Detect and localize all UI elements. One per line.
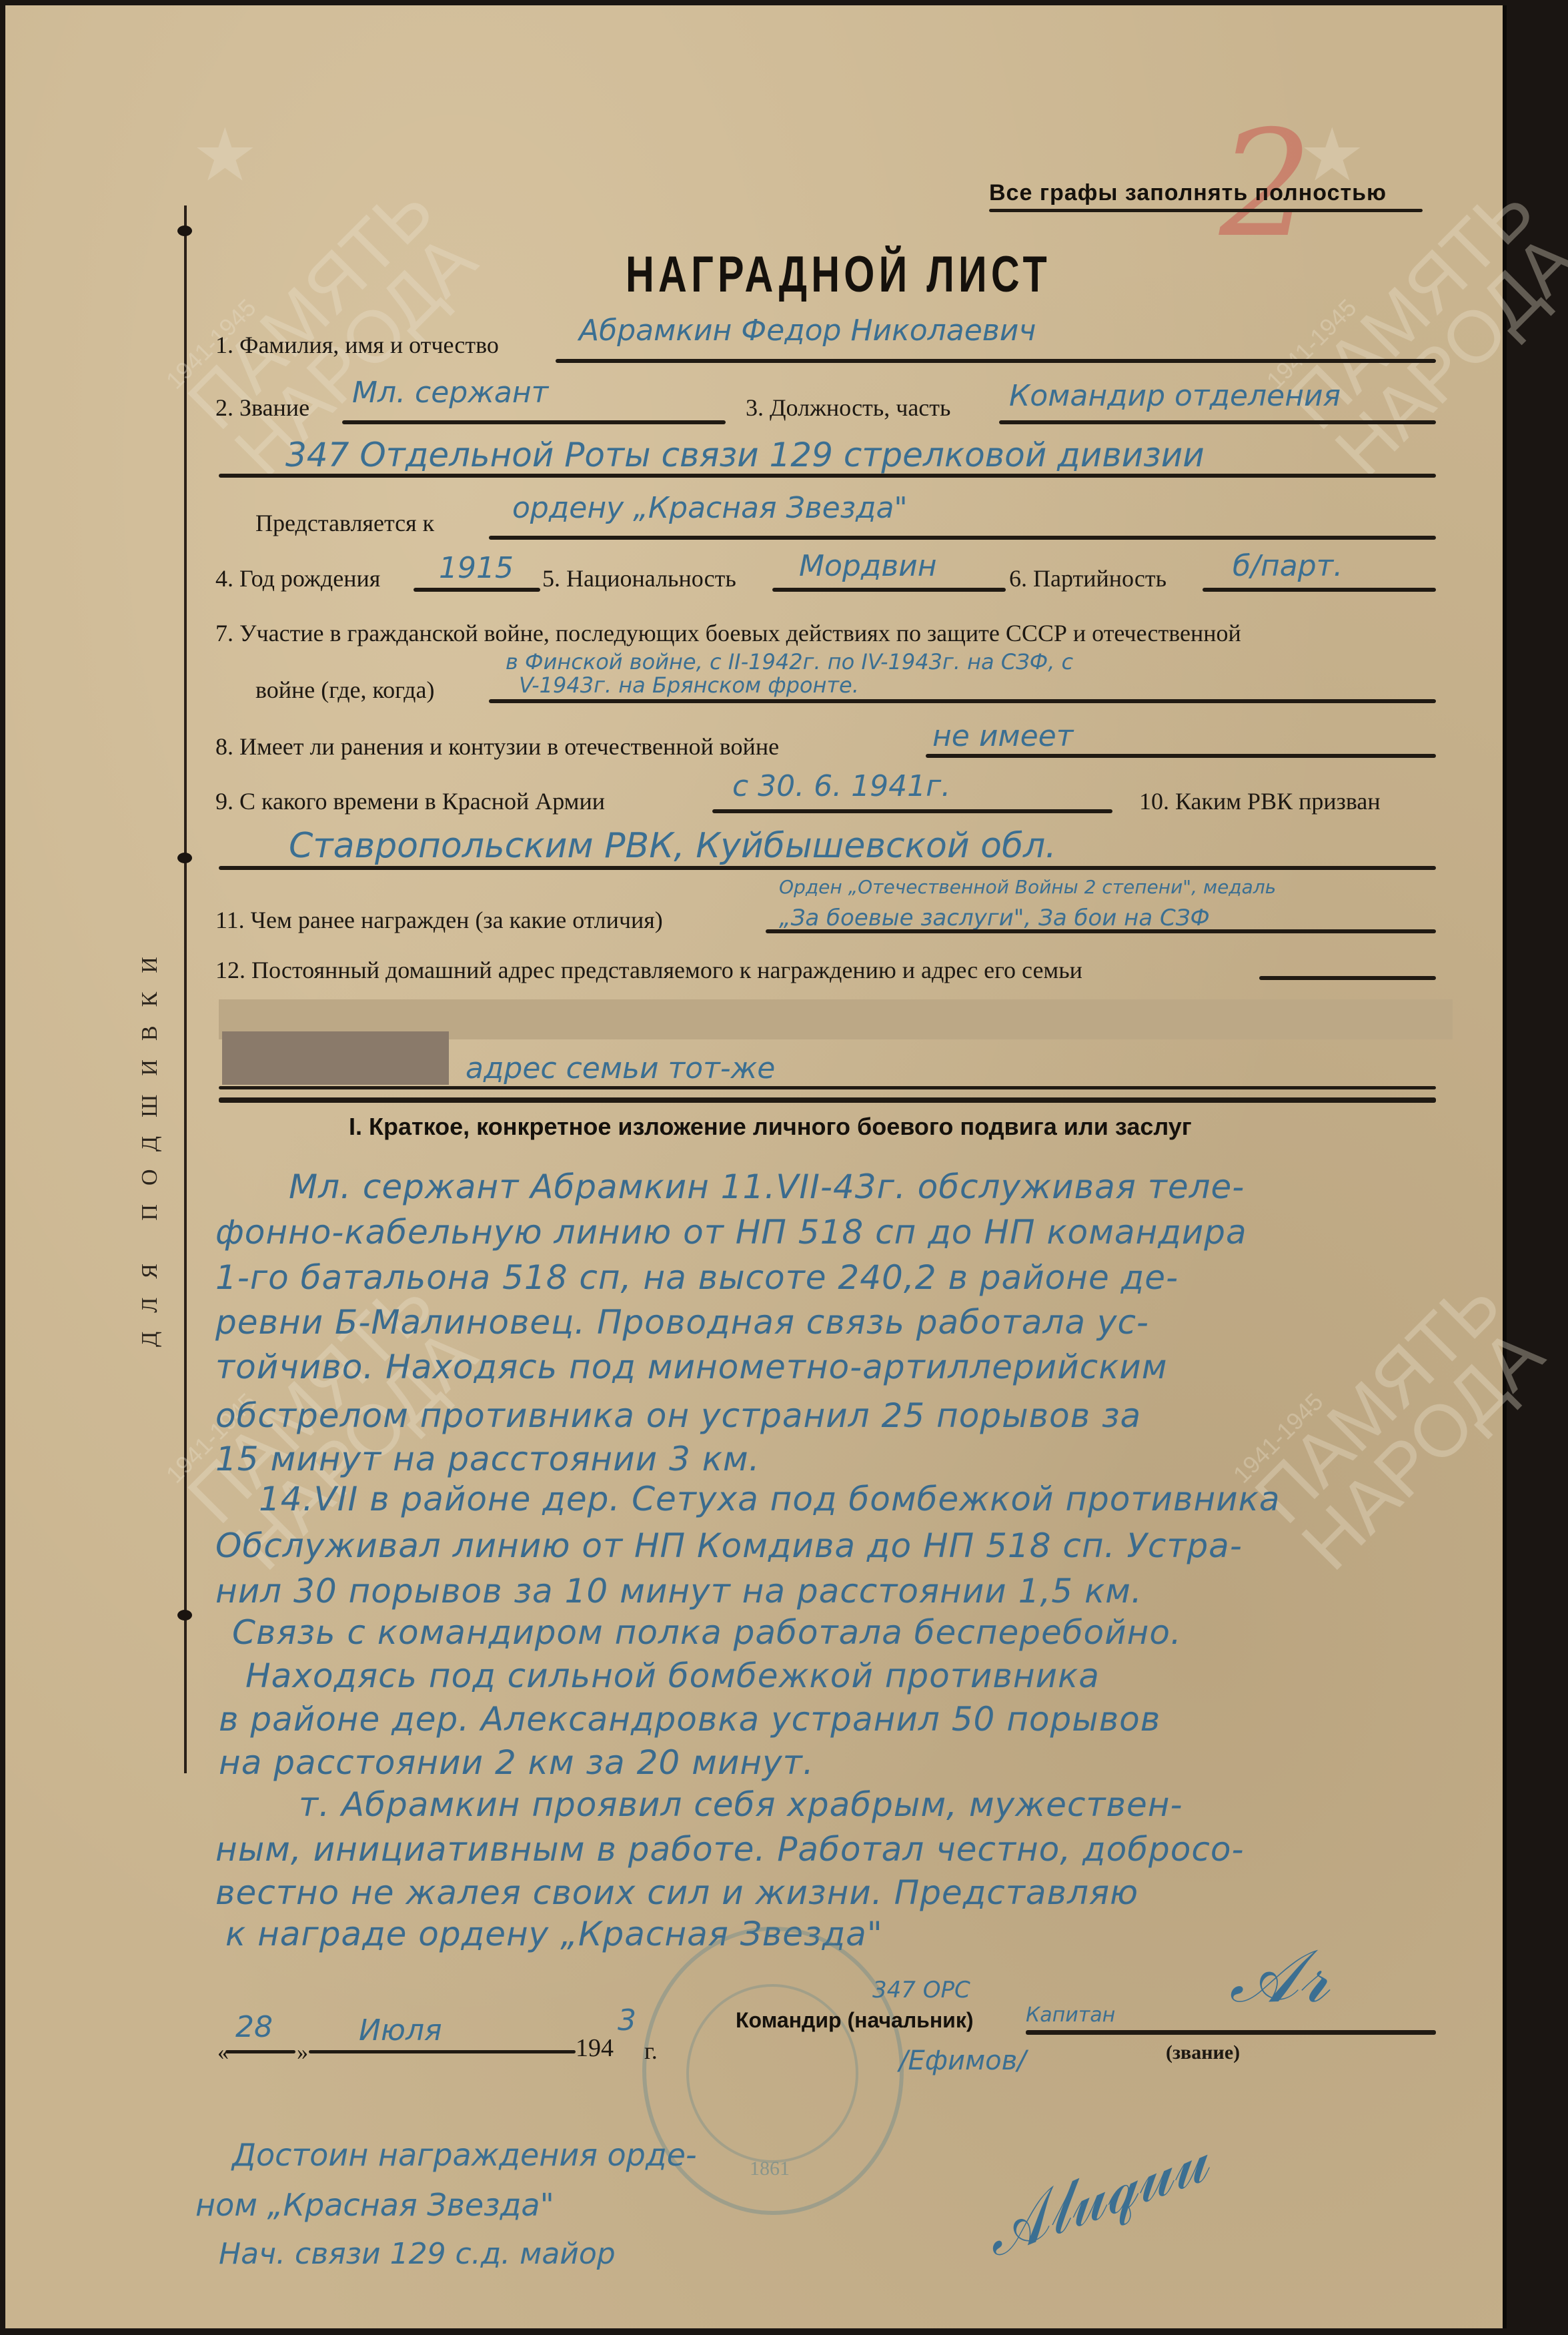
underline — [999, 420, 1436, 424]
watermark-star-icon: ★ — [192, 112, 258, 198]
date-year-prefix: 194 — [576, 2033, 614, 2063]
field-name-value: Абрамкин Федор Николаевич — [579, 314, 1036, 348]
binding-margin-line — [184, 205, 187, 1773]
narrative-line: вестно не жалея своих сил и жизни. Предс… — [215, 1873, 1138, 1912]
narrative-line: т. Абрамкин проявил себя храбрым, мужест… — [299, 1785, 1183, 1824]
field-rvk-label: 10. Каким РВК призван — [1139, 787, 1381, 815]
underline — [219, 1086, 1436, 1089]
underline — [489, 699, 1436, 703]
date-quote-close: » — [297, 2040, 308, 2065]
fill-all-notice: Все графы заполнять полностью — [989, 180, 1387, 206]
field-wounds-value: не имеет — [932, 719, 1073, 753]
field-service-since-label: 9. С какого времени в Красной Армии — [215, 787, 605, 815]
date-year-g: г. — [644, 2037, 658, 2065]
narrative-line: нил 30 порывов за 10 минут на расстоянии… — [215, 1572, 1142, 1610]
underline — [926, 754, 1436, 758]
field-unit-value: 347 Отдельной Роты связи 129 стрелковой … — [285, 436, 1205, 474]
underline — [489, 536, 1436, 540]
narrative-line: на расстоянии 2 км за 20 минут. — [219, 1743, 814, 1782]
field-party-label: 6. Партийность — [1009, 564, 1166, 592]
divider — [989, 209, 1423, 212]
watermark: 1941-1945ПАМЯТЬНАРОДА — [1230, 1253, 1557, 1580]
divider — [219, 1097, 1436, 1103]
field-birth-year-value: 1915 — [439, 551, 514, 585]
date-day: 28 — [235, 2010, 273, 2044]
section-heading: I. Краткое, конкретное изложение личного… — [349, 1113, 1192, 1141]
underline — [219, 474, 1436, 478]
field-combat-value-2: V-1943г. на Брянском фронте. — [519, 672, 859, 698]
page-title: НАГРАДНОЙ ЛИСТ — [626, 246, 1051, 304]
unit-abbrev: 347 ОРС — [872, 1977, 970, 2003]
underline — [772, 588, 1006, 592]
punch-hole — [177, 1610, 192, 1620]
punch-hole — [177, 853, 192, 863]
narrative-line: 1-го батальона 518 сп, на высоте 240,2 в… — [215, 1258, 1179, 1297]
narrative-line: тойчиво. Находясь под минометно-артиллер… — [215, 1348, 1168, 1386]
field-combat-value: в Финской войне, с II-1942г. по IV-1943г… — [506, 649, 1073, 674]
underline — [766, 929, 1436, 933]
field-combat-label: 7. Участие в гражданской войне, последую… — [215, 619, 1241, 647]
narrative-line: Обслуживал линию от НП Комдива до НП 518… — [215, 1526, 1243, 1565]
field-wounds-label: 8. Имеет ли ранения и контузии в отечест… — [215, 733, 779, 761]
field-position-value: Командир отделения — [1009, 379, 1341, 413]
underline — [712, 809, 1112, 813]
field-rank-label: 2. Звание — [215, 394, 309, 422]
commander-label: Командир (начальник) — [736, 2008, 973, 2033]
underline — [1026, 2030, 1436, 2035]
commander-rank-value: Капитан — [1026, 2003, 1115, 2027]
narrative-line: ревни Б-Малиновец. Проводная связь работ… — [215, 1303, 1149, 1342]
field-party-value: б/парт. — [1233, 549, 1343, 583]
resolution-signature: 𝒜𝓁𝓊𝓆𝓊𝓊 — [972, 2120, 1217, 2273]
underline — [556, 359, 1436, 363]
field-nationality-label: 5. Национальность — [542, 564, 736, 592]
underline — [225, 2050, 295, 2053]
field-combat-label-2: войне (где, когда) — [255, 676, 434, 704]
commander-name: /Ефимов/ — [899, 2045, 1026, 2076]
underline — [1203, 588, 1436, 592]
resolution-line: ном „Красная Звезда" — [195, 2187, 554, 2223]
narrative-line: 14.VII в районе дер. Сетуха под бомбежко… — [259, 1480, 1281, 1518]
field-name-label: 1. Фамилия, имя и отчество — [215, 331, 499, 359]
underline — [309, 2050, 576, 2053]
punch-hole — [177, 225, 192, 236]
field-service-since-value: с 30. 6. 1941г. — [732, 769, 950, 803]
date-month: Июля — [359, 2013, 442, 2047]
narrative-line: 15 минут на расстоянии 3 км. — [215, 1440, 760, 1478]
presented-for-label: Представляется к — [255, 509, 434, 537]
underline — [1259, 976, 1436, 980]
narrative-line: ным, инициативным в работе. Работал чест… — [215, 1830, 1245, 1869]
award-sheet-page: ДЛЯ ПОДШИВКИ ★ 1941-1945ПАМЯТЬНАРОДА ★ 1… — [5, 5, 1507, 2328]
narrative-line: в районе дер. Александровка устранил 50 … — [219, 1700, 1160, 1739]
resolution-line: Нач. связи 129 с.д. майор — [219, 2237, 616, 2271]
rank-caption: (звание) — [1166, 2041, 1240, 2064]
field-prev-awards-value: Орден „Отечественной Войны 2 степени", м… — [779, 876, 1276, 898]
commander-signature: 𝒜𝓇 — [1229, 1933, 1329, 2020]
narrative-line: Связь с командиром полка работала беспер… — [232, 1613, 1182, 1652]
narrative-line: обстрелом противника он устранил 25 поры… — [215, 1396, 1141, 1435]
field-position-label: 3. Должность, часть — [746, 394, 950, 422]
redacted-address — [222, 1031, 449, 1085]
underline — [342, 420, 726, 424]
field-nationality-value: Мордвин — [799, 549, 937, 583]
underline — [219, 866, 1436, 870]
field-rvk-value: Ставропольским РВК, Куйбышевской обл. — [289, 826, 1056, 866]
field-address-label: 12. Постоянный домашний адрес представля… — [215, 956, 1082, 984]
resolution-line: Достоин награждения орде- — [232, 2137, 697, 2173]
presented-for-value: ордену „Красная Звезда" — [512, 491, 908, 525]
field-prev-awards-value-2: „За боевые заслуги", За бои на СЗФ — [779, 905, 1210, 931]
field-birth-year-label: 4. Год рождения — [215, 564, 380, 592]
underline — [414, 588, 540, 592]
field-prev-awards-label: 11. Чем ранее награжден (за какие отличи… — [215, 906, 663, 934]
narrative-line: Мл. сержант Абрамкин 11.VII-43г. обслужи… — [289, 1167, 1245, 1206]
date-year-suffix: 3 — [618, 2003, 636, 2037]
narrative-line: фонно-кабельную линию от НП 518 сп до НП… — [215, 1213, 1247, 1252]
narrative-line: Находясь под сильной бомбежкой противник… — [245, 1657, 1100, 1695]
field-address-value: адрес семьи тот-же — [466, 1051, 775, 1085]
binding-margin-label: ДЛЯ ПОДШИВКИ — [137, 866, 164, 1420]
stamp-text: 1861 — [750, 2158, 790, 2180]
field-rank-value: Мл. сержант — [352, 376, 548, 410]
